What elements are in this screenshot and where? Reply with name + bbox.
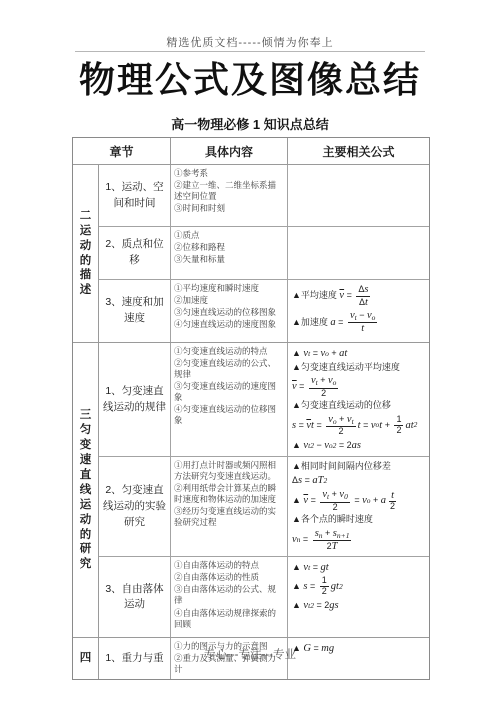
section-rows: 1、匀变速直线运动的规律①匀变速直线运动的特点②匀变速直线运动的公式、规律③匀变… (99, 343, 429, 637)
chapter-cell: 3、速度和加速度 (99, 280, 171, 342)
chapter-cell: 2、匀变速直线运动的实验研究 (99, 457, 171, 556)
footer-text: 专心---专注---专业 (0, 646, 500, 662)
content-item: ④自由落体运动规律探索的回顾 (174, 608, 284, 630)
formula-cell: ▲ vt = gt▲ s = 12gt2▲ vt2 = 2gs (288, 557, 429, 637)
section-label: 三匀变速直线运动的研究 (73, 343, 99, 637)
document-page: 精选优质文档-----倾情为你奉上 物理公式及图像总结 高一物理必修 1 知识点… (0, 0, 500, 708)
chapter-cell: 2、质点和位移 (99, 227, 171, 279)
formula-line: ▲平均速度 v = ΔsΔt (292, 284, 425, 308)
content-item: ①匀变速直线运动的特点 (174, 346, 284, 357)
content-item: ②位移和路程 (174, 242, 284, 253)
formula-cell (288, 227, 429, 279)
content-item: ②加速度 (174, 295, 284, 306)
content-item: ④匀变速直线运动的位移图象 (174, 404, 284, 426)
chapter-cell: 1、匀变速直线运动的规律 (99, 343, 171, 456)
chapter-cell: 1、运动、空间和时间 (99, 165, 171, 226)
formula-cell: ▲ vt = vo + at▲匀变速直线运动平均速度v = vt + vo2▲匀… (288, 343, 429, 456)
content-item: ①自由落体运动的特点 (174, 560, 284, 571)
table-row: 3、自由落体运动①自由落体运动的特点②自由落体运动的性质③自由落体运动的公式、规… (99, 557, 429, 637)
page-subtitle: 高一物理必修 1 知识点总结 (0, 114, 500, 133)
formula-line: ▲ vt = gt (292, 561, 425, 574)
chapter-cell: 3、自由落体运动 (99, 557, 171, 637)
formula-line: v = vt + vo2 (292, 375, 425, 398)
banner-divider (75, 51, 425, 52)
formula-line: ▲ v = vt + v02 = vo + at2 (292, 489, 425, 512)
formula-line: Δs = aT2 (292, 474, 425, 487)
table-row: 2、匀变速直线运动的实验研究①用打点计时器或频闪照相方法研究匀变速直线运动。②利… (99, 457, 429, 557)
table-row: 3、速度和加速度①平均速度和瞬时速度②加速度③匀速直线运动的位移图象④匀速直线运… (99, 280, 429, 342)
content-item: ③矢量和标量 (174, 254, 284, 265)
formula-cell: ▲平均速度 v = ΔsΔt▲加速度 a = vt − vot (288, 280, 429, 342)
content-item: ③匀变速直线运动的速度图象 (174, 381, 284, 403)
content-item: ③匀速直线运动的位移图象 (174, 307, 284, 318)
page-title: 物理公式及图像总结 (0, 58, 500, 101)
content-item: ②利用纸带会计算某点的瞬时速度和物体运动的加速度 (174, 483, 284, 505)
table-section: 二运动的描述1、运动、空间和时间①参考系②建立一维、二维坐标系描述空间位置③时间… (73, 165, 429, 343)
content-item: ①质点 (174, 230, 284, 241)
formula-line: ▲ vt2 − vo2 = 2as (292, 439, 425, 452)
content-cell: ①平均速度和瞬时速度②加速度③匀速直线运动的位移图象④匀速直线运动的速度图象 (171, 280, 288, 342)
col-header-content: 具体内容 (171, 138, 288, 164)
content-item: ②自由落体运动的性质 (174, 572, 284, 583)
section-label: 二运动的描述 (73, 165, 99, 342)
formula-line: s = vt = vo + vt2t = vot + 12at2 (292, 414, 425, 437)
formula-line: ▲ vt2 = 2gs (292, 599, 425, 612)
formula-line: ▲相同时间间隔内位移差 (292, 461, 425, 472)
content-cell: ①用打点计时器或频闪照相方法研究匀变速直线运动。②利用纸带会计算某点的瞬时速度和… (171, 457, 288, 556)
table-header-row: 章节 具体内容 主要相关公式 (73, 138, 429, 165)
content-item: ③自由落体运动的公式、规律 (174, 584, 284, 606)
content-item: ④匀速直线运动的速度图象 (174, 319, 284, 330)
content-item: ①用打点计时器或频闪照相方法研究匀变速直线运动。 (174, 460, 284, 482)
content-cell: ①质点②位移和路程③矢量和标量 (171, 227, 288, 279)
content-item: ②匀变速直线运动的公式、规律 (174, 358, 284, 380)
col-header-formulas: 主要相关公式 (288, 138, 429, 164)
section-rows: 1、运动、空间和时间①参考系②建立一维、二维坐标系描述空间位置③时间和时刻2、质… (99, 165, 429, 342)
content-cell: ①自由落体运动的特点②自由落体运动的性质③自由落体运动的公式、规律④自由落体运动… (171, 557, 288, 637)
content-item: ③经历匀变速直线运动的实验研究过程 (174, 506, 284, 528)
col-header-chapter: 章节 (73, 138, 171, 164)
formula-cell (288, 165, 429, 226)
formula-line: ▲匀变速直线运动平均速度 (292, 362, 425, 373)
table-row: 1、运动、空间和时间①参考系②建立一维、二维坐标系描述空间位置③时间和时刻 (99, 165, 429, 227)
table-section: 三匀变速直线运动的研究1、匀变速直线运动的规律①匀变速直线运动的特点②匀变速直线… (73, 343, 429, 638)
content-item: ①参考系 (174, 168, 284, 179)
top-banner-text: 精选优质文档-----倾情为你奉上 (0, 34, 500, 50)
formula-line: vn = sn + sn+12T (292, 528, 425, 553)
formula-line: ▲各个点的瞬时速度 (292, 514, 425, 525)
formula-line: ▲ s = 12gt2 (292, 576, 425, 597)
summary-table: 章节 具体内容 主要相关公式 二运动的描述1、运动、空间和时间①参考系②建立一维… (72, 137, 430, 680)
formula-line: ▲匀变速直线运动的位移 (292, 400, 425, 411)
formula-line: ▲加速度 a = vt − vot (292, 310, 425, 335)
table-row: 2、质点和位移①质点②位移和路程③矢量和标量 (99, 227, 429, 280)
formula-cell: ▲相同时间间隔内位移差Δs = aT2▲ v = vt + v02 = vo +… (288, 457, 429, 556)
table-body: 二运动的描述1、运动、空间和时间①参考系②建立一维、二维坐标系描述空间位置③时间… (73, 165, 429, 679)
content-cell: ①参考系②建立一维、二维坐标系描述空间位置③时间和时刻 (171, 165, 288, 226)
table-row: 1、匀变速直线运动的规律①匀变速直线运动的特点②匀变速直线运动的公式、规律③匀变… (99, 343, 429, 457)
content-item: ③时间和时刻 (174, 203, 284, 214)
content-item: ②建立一维、二维坐标系描述空间位置 (174, 180, 284, 202)
formula-line: ▲ vt = vo + at (292, 347, 425, 360)
content-item: ①平均速度和瞬时速度 (174, 283, 284, 294)
content-cell: ①匀变速直线运动的特点②匀变速直线运动的公式、规律③匀变速直线运动的速度图象④匀… (171, 343, 288, 456)
